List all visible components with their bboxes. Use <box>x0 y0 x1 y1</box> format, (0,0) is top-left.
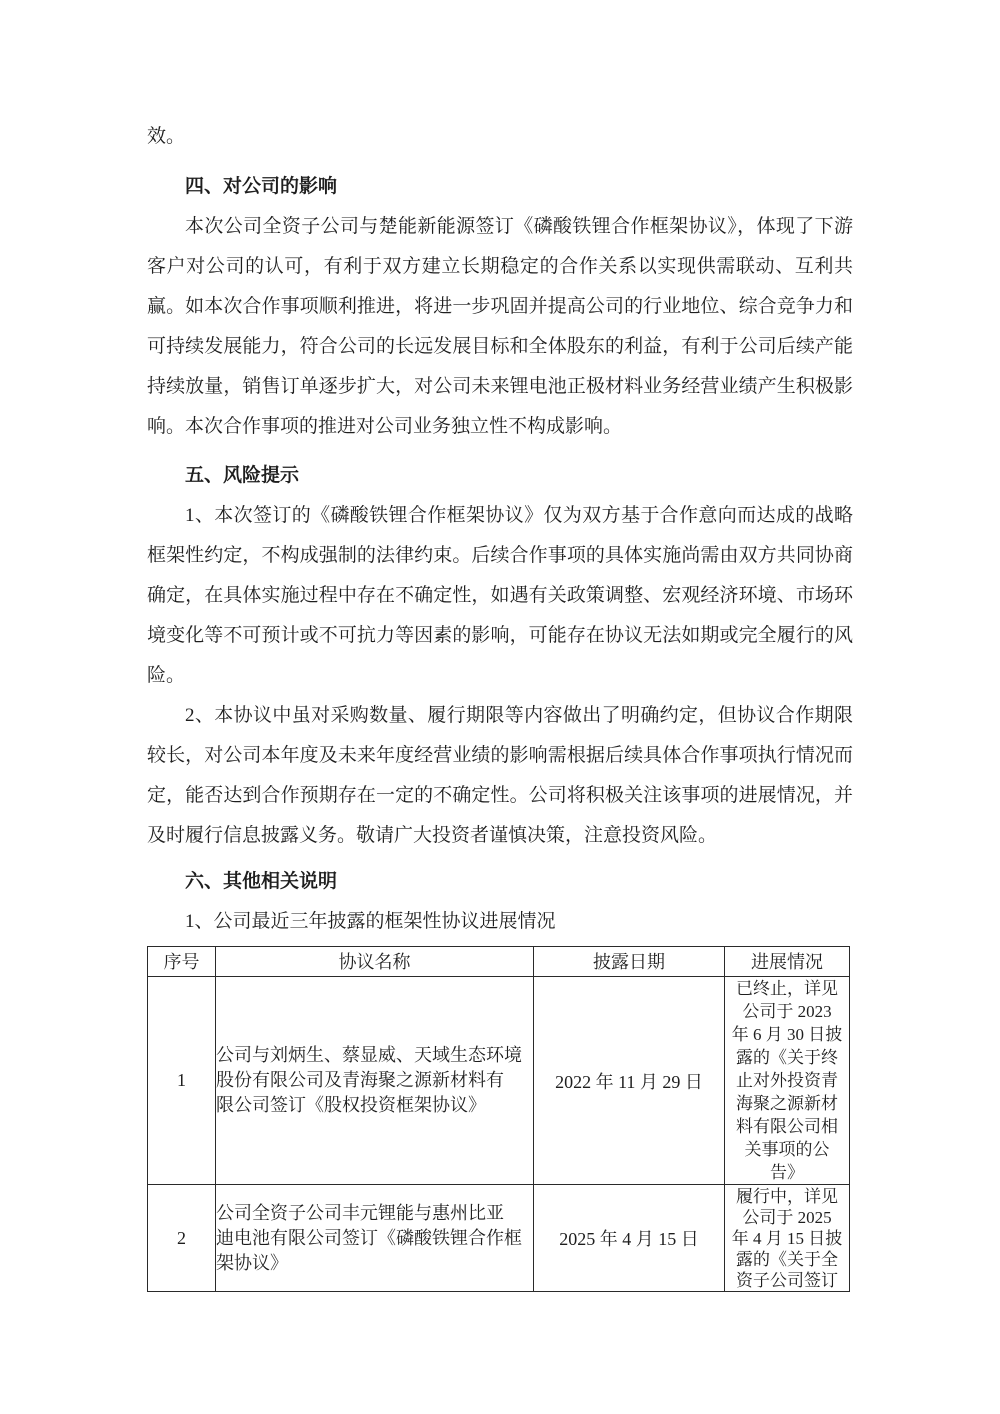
cell-disclosure-date: 2022 年 11 月 29 日 <box>534 977 725 1185</box>
col-header-agreement-name: 协议名称 <box>216 947 534 977</box>
cell-agreement-name: 公司与刘炳生、蔡显威、天域生态环境 股份有限公司及青海聚之源新材料有 限公司签订… <box>216 977 534 1185</box>
cell-agreement-name: 公司全资子公司丰元锂能与惠州比亚 迪电池有限公司签订《磷酸铁锂合作框 架协议》 <box>216 1185 534 1292</box>
col-header-progress: 进展情况 <box>725 947 850 977</box>
cell-progress: 已终止，详见 公司于 2023 年 6 月 30 日披 露的《关于终 止对外投资… <box>725 977 850 1185</box>
section-heading-other: 六、其他相关说明 <box>147 862 853 902</box>
impact-paragraph: 本次公司全资子公司与楚能新能源签订《磷酸铁锂合作框架协议》，体现了下游客户对公司… <box>147 207 853 447</box>
section-heading-impact: 四、对公司的影响 <box>147 167 853 207</box>
risk-paragraph-1: 1、本次签订的《磷酸铁锂合作框架协议》仅为双方基于合作意向而达成的战略框架性约定… <box>147 496 853 696</box>
section-heading-risk: 五、风险提示 <box>147 456 853 496</box>
cell-serial: 2 <box>148 1185 216 1292</box>
document-page: 效。 四、对公司的影响 本次公司全资子公司与楚能新能源签订《磷酸铁锂合作框架协议… <box>0 0 1000 1414</box>
cell-progress: 履行中，详见 公司于 2025 年 4 月 15 日披 露的《关于全 资子公司签… <box>725 1185 850 1292</box>
col-header-serial: 序号 <box>148 947 216 977</box>
cell-disclosure-date: 2025 年 4 月 15 日 <box>534 1185 725 1292</box>
table-row: 2 公司全资子公司丰元锂能与惠州比亚 迪电池有限公司签订《磷酸铁锂合作框 架协议… <box>148 1185 850 1292</box>
risk-paragraph-2: 2、本协议中虽对采购数量、履行期限等内容做出了明确约定，但协议合作期限较长，对公… <box>147 696 853 856</box>
framework-agreements-table: 序号 协议名称 披露日期 进展情况 1 公司与刘炳生、蔡显威、天域生态环境 股份… <box>147 946 850 1292</box>
table-header-row: 序号 协议名称 披露日期 进展情况 <box>148 947 850 977</box>
cell-serial: 1 <box>148 977 216 1185</box>
table-intro-line: 1、公司最近三年披露的框架性协议进展情况 <box>147 902 853 942</box>
table-row: 1 公司与刘炳生、蔡显威、天域生态环境 股份有限公司及青海聚之源新材料有 限公司… <box>148 977 850 1185</box>
col-header-disclosure-date: 披露日期 <box>534 947 725 977</box>
leading-continuation-text: 效。 <box>147 117 853 157</box>
